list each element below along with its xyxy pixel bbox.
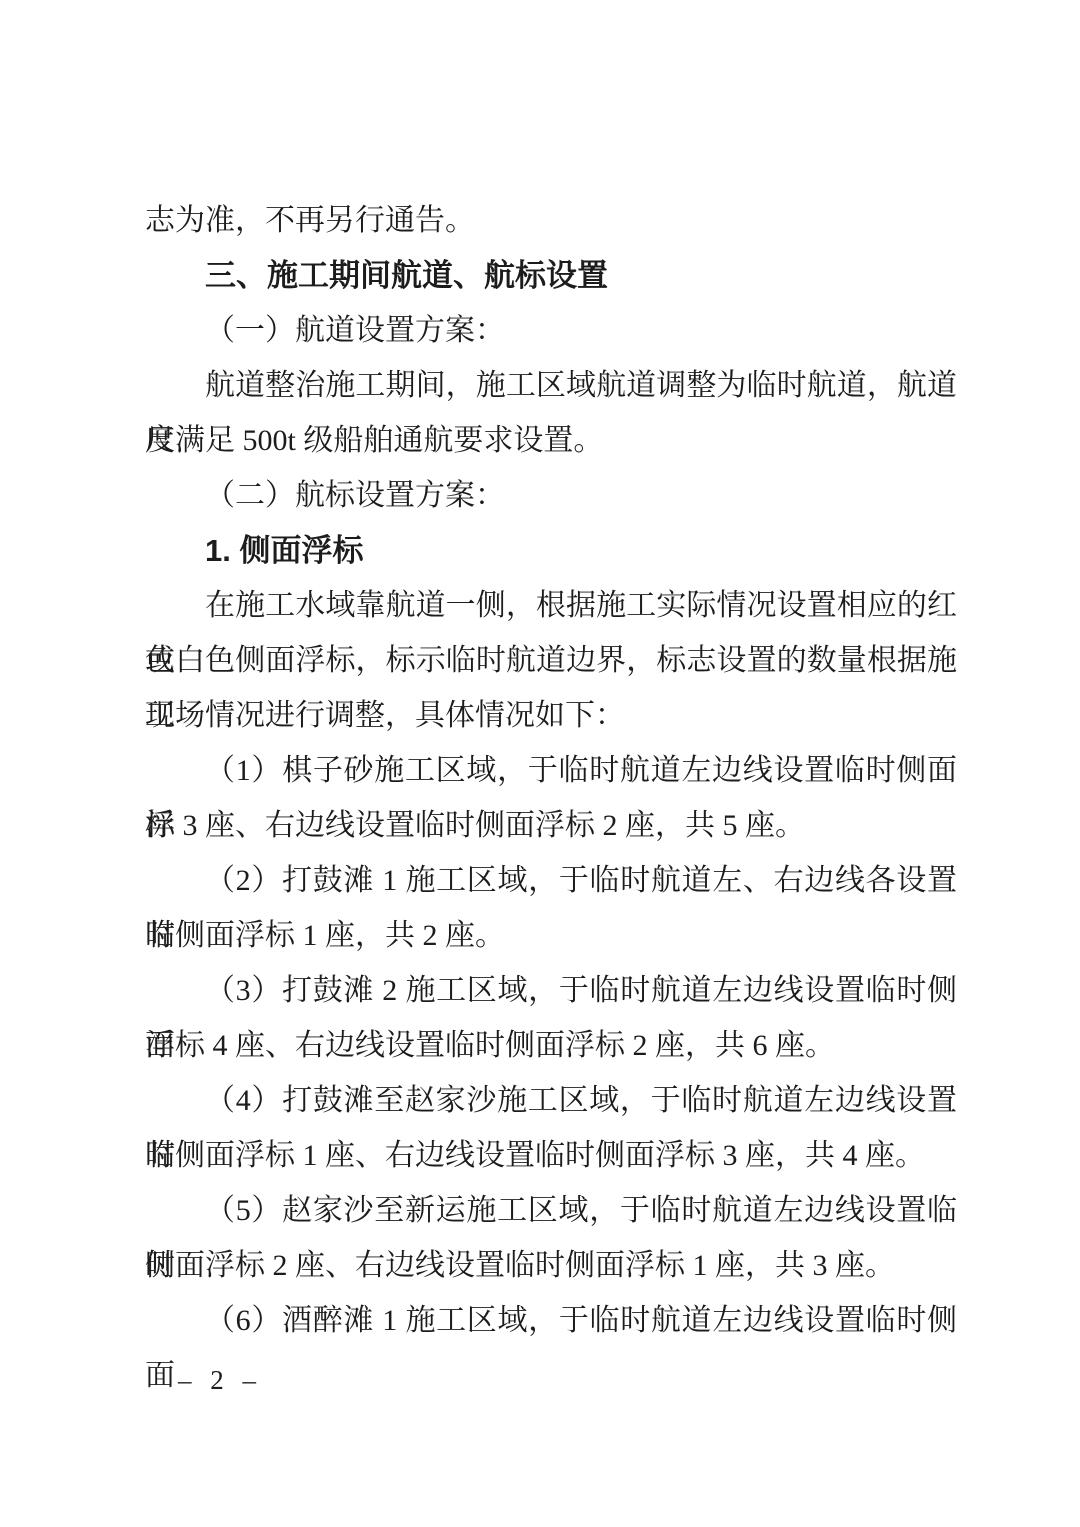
text-line: 或白色侧面浮标，标示临时航道边界，标志设置的数量根据施工 — [145, 633, 957, 688]
text-line: （1）棋子砂施工区域，于临时航道左边线设置临时侧面浮 — [145, 743, 957, 798]
text-line: 浮标 4 座、右边线设置临时侧面浮标 2 座，共 6 座。 — [145, 1018, 957, 1073]
text-line: （2）打鼓滩 1 施工区域，于临时航道左、右边线各设置临 — [145, 853, 957, 908]
text-line: 现场情况进行调整，具体情况如下： — [145, 688, 957, 743]
heading-line: 三、施工期间航道、航标设置 — [145, 248, 957, 303]
text-line: （3）打鼓滩 2 施工区域，于临时航道左边线设置临时侧面 — [145, 963, 957, 1018]
text-line: （一）航道设置方案： — [145, 303, 957, 358]
document-page: 志为准，不再另行通告。三、施工期间航道、航标设置（一）航道设置方案：航道整治施工… — [0, 0, 1080, 1527]
heading-line: 1. 侧面浮标 — [145, 523, 957, 578]
text-line: （5）赵家沙至新运施工区域，于临时航道左边线设置临时 — [145, 1183, 957, 1238]
text-line: （二）航标设置方案： — [145, 468, 957, 523]
text-line: 航道整治施工期间，施工区域航道调整为临时航道，航道尺 — [145, 358, 957, 413]
text-line: 标 3 座、右边线设置临时侧面浮标 2 座，共 5 座。 — [145, 798, 957, 853]
text-line: 时侧面浮标 1 座、右边线设置临时侧面浮标 3 座，共 4 座。 — [145, 1128, 957, 1183]
text-line: 志为准，不再另行通告。 — [145, 193, 957, 248]
text-line: （4）打鼓滩至赵家沙施工区域，于临时航道左边线设置临 — [145, 1073, 957, 1128]
text-line: 侧面浮标 2 座、右边线设置临时侧面浮标 1 座，共 3 座。 — [145, 1238, 957, 1293]
text-line: （6）酒醉滩 1 施工区域，于临时航道左边线设置临时侧面 — [145, 1293, 957, 1348]
text-line: 度满足 500t 级船舶通航要求设置。 — [145, 413, 957, 468]
page-number: – 2 – — [178, 1360, 262, 1400]
text-line: 在施工水域靠航道一侧，根据施工实际情况设置相应的红色 — [145, 578, 957, 633]
text-line: 时侧面浮标 1 座，共 2 座。 — [145, 908, 957, 963]
document-body: 志为准，不再另行通告。三、施工期间航道、航标设置（一）航道设置方案：航道整治施工… — [145, 193, 957, 1348]
